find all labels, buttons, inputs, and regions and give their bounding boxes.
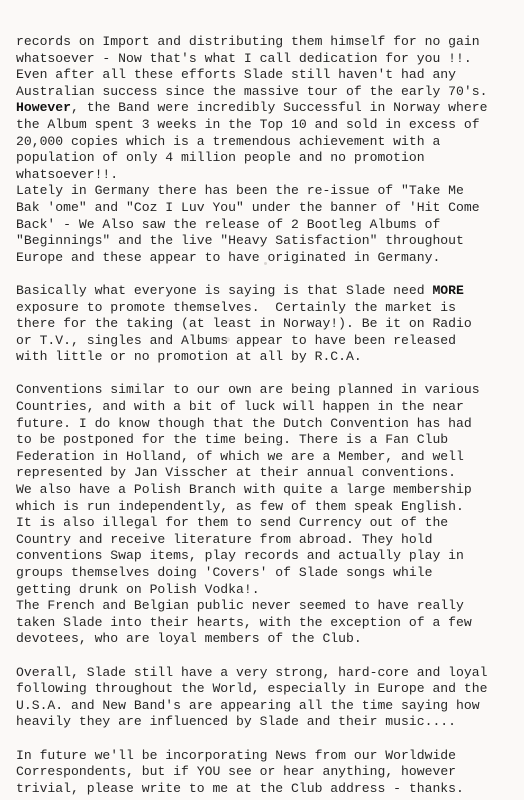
- text-line: future. I do know though that the Dutch …: [16, 416, 516, 433]
- text-line: trivial, please write to me at the Club …: [16, 781, 516, 798]
- text-line: exposure to promote themselves. Certainl…: [16, 300, 516, 317]
- text-segment: Australian success since the massive tou…: [16, 84, 487, 99]
- text-line: In future we'll be incorporating News fr…: [16, 748, 516, 765]
- text-line: or T.V., singles and Albums appear to ha…: [16, 333, 516, 350]
- paragraph-gap: [16, 731, 516, 748]
- text-line: "Beginnings" and the live "Heavy Satisfa…: [16, 233, 516, 250]
- text-segment: Bak 'ome" and "Coz I Luv You" under the …: [16, 200, 480, 215]
- text-segment: there for the taking (at least in Norway…: [16, 316, 472, 331]
- text-line: conventions Swap items, play records and…: [16, 548, 516, 565]
- text-segment: taken Slade into their hearts, with the …: [16, 615, 472, 630]
- text-line: The French and Belgian public never seem…: [16, 598, 516, 615]
- text-segment: devotees, who are loyal members of the C…: [16, 631, 362, 646]
- text-line: U.S.A. and New Band's are appearing all …: [16, 698, 516, 715]
- text-segment: Countries, and with a bit of luck will h…: [16, 399, 464, 414]
- paragraph: In future we'll be incorporating News fr…: [16, 748, 516, 798]
- document-body: records on Import and distributing them …: [16, 34, 516, 797]
- text-line: with little or no promotion at all by R.…: [16, 349, 516, 366]
- paragraph-gap: [16, 266, 516, 283]
- text-segment: records on Import and distributing them …: [16, 34, 480, 49]
- text-segment: Back' - We Also saw the release of 2 Boo…: [16, 217, 440, 232]
- text-segment: with little or no promotion at all by R.…: [16, 349, 362, 364]
- text-line: devotees, who are loyal members of the C…: [16, 631, 516, 648]
- text-segment: Overall, Slade still have a very strong,…: [16, 665, 487, 680]
- text-line: there for the taking (at least in Norway…: [16, 316, 516, 333]
- text-segment: getting drunk on Polish Vodka!.: [16, 582, 260, 597]
- paper-speck: [264, 262, 267, 265]
- text-segment: which is run independently, as few of th…: [16, 499, 464, 514]
- text-line: represented by Jan Visscher at their ann…: [16, 465, 516, 482]
- text-line: It is also illegal for them to send Curr…: [16, 515, 516, 532]
- text-segment: "Beginnings" and the live "Heavy Satisfa…: [16, 233, 464, 248]
- text-segment: population of only 4 million people and …: [16, 150, 425, 165]
- text-line: Basically what everyone is saying is tha…: [16, 283, 516, 300]
- text-segment: The French and Belgian public never seem…: [16, 598, 464, 613]
- text-segment: or T.V., singles and Albums appear to ha…: [16, 333, 456, 348]
- paragraph: Overall, Slade still have a very strong,…: [16, 665, 516, 731]
- text-segment: It is also illegal for them to send Curr…: [16, 515, 448, 530]
- text-line: Even after all these efforts Slade still…: [16, 67, 516, 84]
- text-line: heavily they are influenced by Slade and…: [16, 714, 516, 731]
- text-segment: groups themselves doing 'Covers' of Slad…: [16, 565, 432, 580]
- text-line: the Album spent 3 weeks in the Top 10 an…: [16, 117, 516, 134]
- text-segment: 20,000 copies which is a tremendous achi…: [16, 134, 440, 149]
- text-segment: the Album spent 3 weeks in the Top 10 an…: [16, 117, 480, 132]
- text-segment: Europe and these appear to have originat…: [16, 250, 440, 265]
- text-line: Lately in Germany there has been the re-…: [16, 183, 516, 200]
- text-line: taken Slade into their hearts, with the …: [16, 615, 516, 632]
- text-segment: Lately in Germany there has been the re-…: [16, 183, 464, 198]
- text-line: Overall, Slade still have a very strong,…: [16, 665, 516, 682]
- paragraph-gap: [16, 648, 516, 665]
- text-segment: In future we'll be incorporating News fr…: [16, 748, 456, 763]
- text-segment: trivial, please write to me at the Club …: [16, 781, 464, 796]
- paragraph: records on Import and distributing them …: [16, 34, 516, 266]
- text-segment: whatsoever - Now that's what I call dedi…: [16, 51, 472, 66]
- text-line: Bak 'ome" and "Coz I Luv You" under the …: [16, 200, 516, 217]
- text-segment: Country and receive literature from abro…: [16, 532, 432, 547]
- paper-speck: [225, 337, 230, 342]
- text-segment: following throughout the World, especial…: [16, 681, 487, 696]
- paragraph: Conventions similar to our own are being…: [16, 382, 516, 648]
- text-segment: , the Band were incredibly Successful in…: [71, 100, 487, 115]
- text-line: Correspondents, but if YOU see or hear a…: [16, 764, 516, 781]
- text-line: However, the Band were incredibly Succes…: [16, 100, 516, 117]
- text-segment: Correspondents, but if: [16, 764, 197, 779]
- text-line: whatsoever!!.: [16, 167, 516, 184]
- text-segment: U.S.A. and New Band's are appearing all …: [16, 698, 480, 713]
- text-segment: Conventions similar to our own are being…: [16, 382, 480, 397]
- text-line: Australian success since the massive tou…: [16, 84, 516, 101]
- text-segment: to be postponed for the time being. Ther…: [16, 432, 448, 447]
- emphasized-text: However: [16, 100, 71, 115]
- text-line: 20,000 copies which is a tremendous achi…: [16, 134, 516, 151]
- text-segment: Basically what everyone is saying is tha…: [16, 283, 432, 298]
- paragraph: Basically what everyone is saying is tha…: [16, 283, 516, 366]
- text-line: records on Import and distributing them …: [16, 34, 516, 51]
- text-line: following throughout the World, especial…: [16, 681, 516, 698]
- text-line: Countries, and with a bit of luck will h…: [16, 399, 516, 416]
- text-segment: Even after all these efforts Slade still…: [16, 67, 456, 82]
- text-line: Back' - We Also saw the release of 2 Boo…: [16, 217, 516, 234]
- text-segment: YOU: [197, 764, 221, 779]
- text-line: to be postponed for the time being. Ther…: [16, 432, 516, 449]
- text-segment: future. I do know though that the Dutch …: [16, 416, 472, 431]
- text-segment: represented by Jan Visscher at their ann…: [16, 465, 456, 480]
- text-line: Conventions similar to our own are being…: [16, 382, 516, 399]
- text-line: which is run independently, as few of th…: [16, 499, 516, 516]
- text-segment: whatsoever!!.: [16, 167, 118, 182]
- text-segment: We also have a Polish Branch with quite …: [16, 482, 472, 497]
- text-line: We also have a Polish Branch with quite …: [16, 482, 516, 499]
- text-segment: conventions Swap items, play records and…: [16, 548, 464, 563]
- text-line: population of only 4 million people and …: [16, 150, 516, 167]
- text-line: getting drunk on Polish Vodka!.: [16, 582, 516, 599]
- emphasized-text: MORE: [432, 283, 463, 298]
- text-line: Country and receive literature from abro…: [16, 532, 516, 549]
- text-line: Federation in Holland, of which we are a…: [16, 449, 516, 466]
- text-line: groups themselves doing 'Covers' of Slad…: [16, 565, 516, 582]
- text-segment: see or hear anything, however: [220, 764, 456, 779]
- text-line: whatsoever - Now that's what I call dedi…: [16, 51, 516, 68]
- scanned-document-page: records on Import and distributing them …: [0, 0, 524, 800]
- paragraph-gap: [16, 366, 516, 383]
- text-segment: Federation in Holland, of which we are a…: [16, 449, 464, 464]
- text-segment: exposure to promote themselves. Certainl…: [16, 300, 456, 315]
- text-segment: heavily they are influenced by Slade and…: [16, 714, 456, 729]
